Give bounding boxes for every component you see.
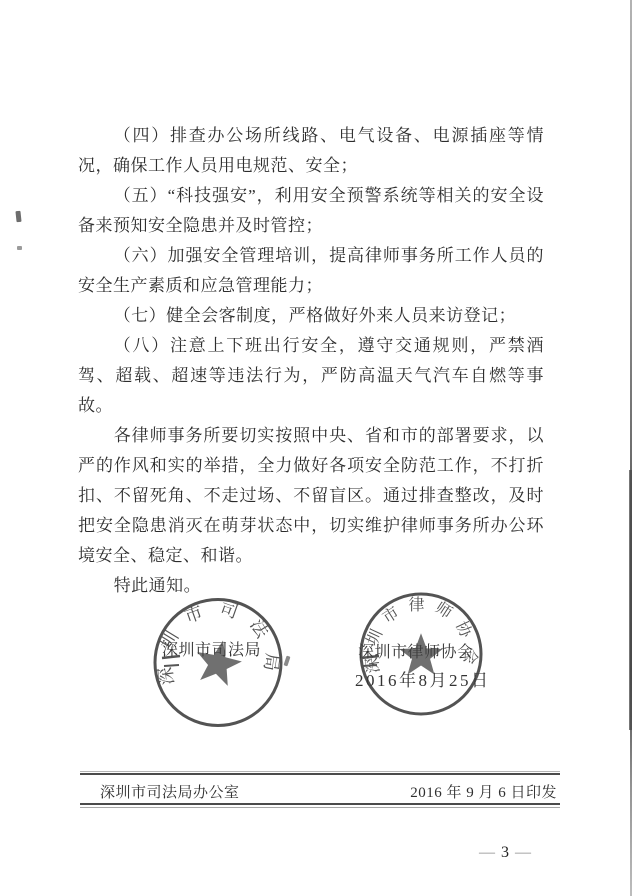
seal-smudge-mark (164, 665, 179, 666)
footer-rule-bottom-shadow (80, 807, 560, 808)
scan-speck (15, 211, 21, 222)
closing-paragraph: 各律师事务所要切实按照中央、省和市的部署要求，以严的作风和实的举措，全力做好各项… (78, 421, 544, 571)
official-seal-justice-bureau: 深圳市司法局 (151, 596, 285, 730)
scan-edge-line (630, 0, 632, 896)
star-icon (192, 636, 246, 688)
star-icon (399, 633, 442, 674)
scanned-notice-page: （四）排查办公场所线路、电气设备、电源插座等情况，确保工作人员用电规范、安全； … (0, 0, 635, 896)
paragraph-item-7: （七）健全会客制度，严格做好外来人员来访登记； (78, 301, 544, 331)
footer-rule-top (80, 773, 560, 775)
paragraph-item-6: （六）加强安全管理培训，提高律师事务所工作人员的安全生产素质和应急管理能力； (78, 241, 544, 301)
seal-smudge-mark (363, 665, 377, 666)
footer-rule-top-shadow (80, 771, 560, 772)
official-seal-lawyers-association: 深圳市律师协会 (359, 592, 485, 718)
page-number-value: 3 (501, 844, 509, 861)
page-number: —3— (473, 844, 537, 862)
paragraph-item-5: （五）“科技强安”，利用安全预警系统等相关的安全设备来预知安全隐患并及时管控； (78, 181, 544, 241)
footer-issuer: 深圳市司法局办公室 (100, 781, 240, 802)
scan-edge-line-dark (629, 470, 632, 730)
notice-body: （四）排查办公场所线路、电气设备、电源插座等情况，确保工作人员用电规范、安全； … (78, 121, 544, 601)
page-number-dash-left: — (473, 844, 501, 861)
paragraph-item-8: （八）注意上下班出行安全，遵守交通规则，严禁酒驾、超载、超速等违法行为，严防高温… (78, 331, 544, 421)
scan-speck (17, 246, 22, 250)
footer-rule-bottom (80, 803, 560, 805)
page-number-dash-right: — (509, 844, 537, 861)
paragraph-item-4: （四）排查办公场所线路、电气设备、电源插座等情况，确保工作人员用电规范、安全； (78, 121, 544, 181)
footer-print-date: 2016 年 9 月 6 日印发 (410, 781, 557, 802)
